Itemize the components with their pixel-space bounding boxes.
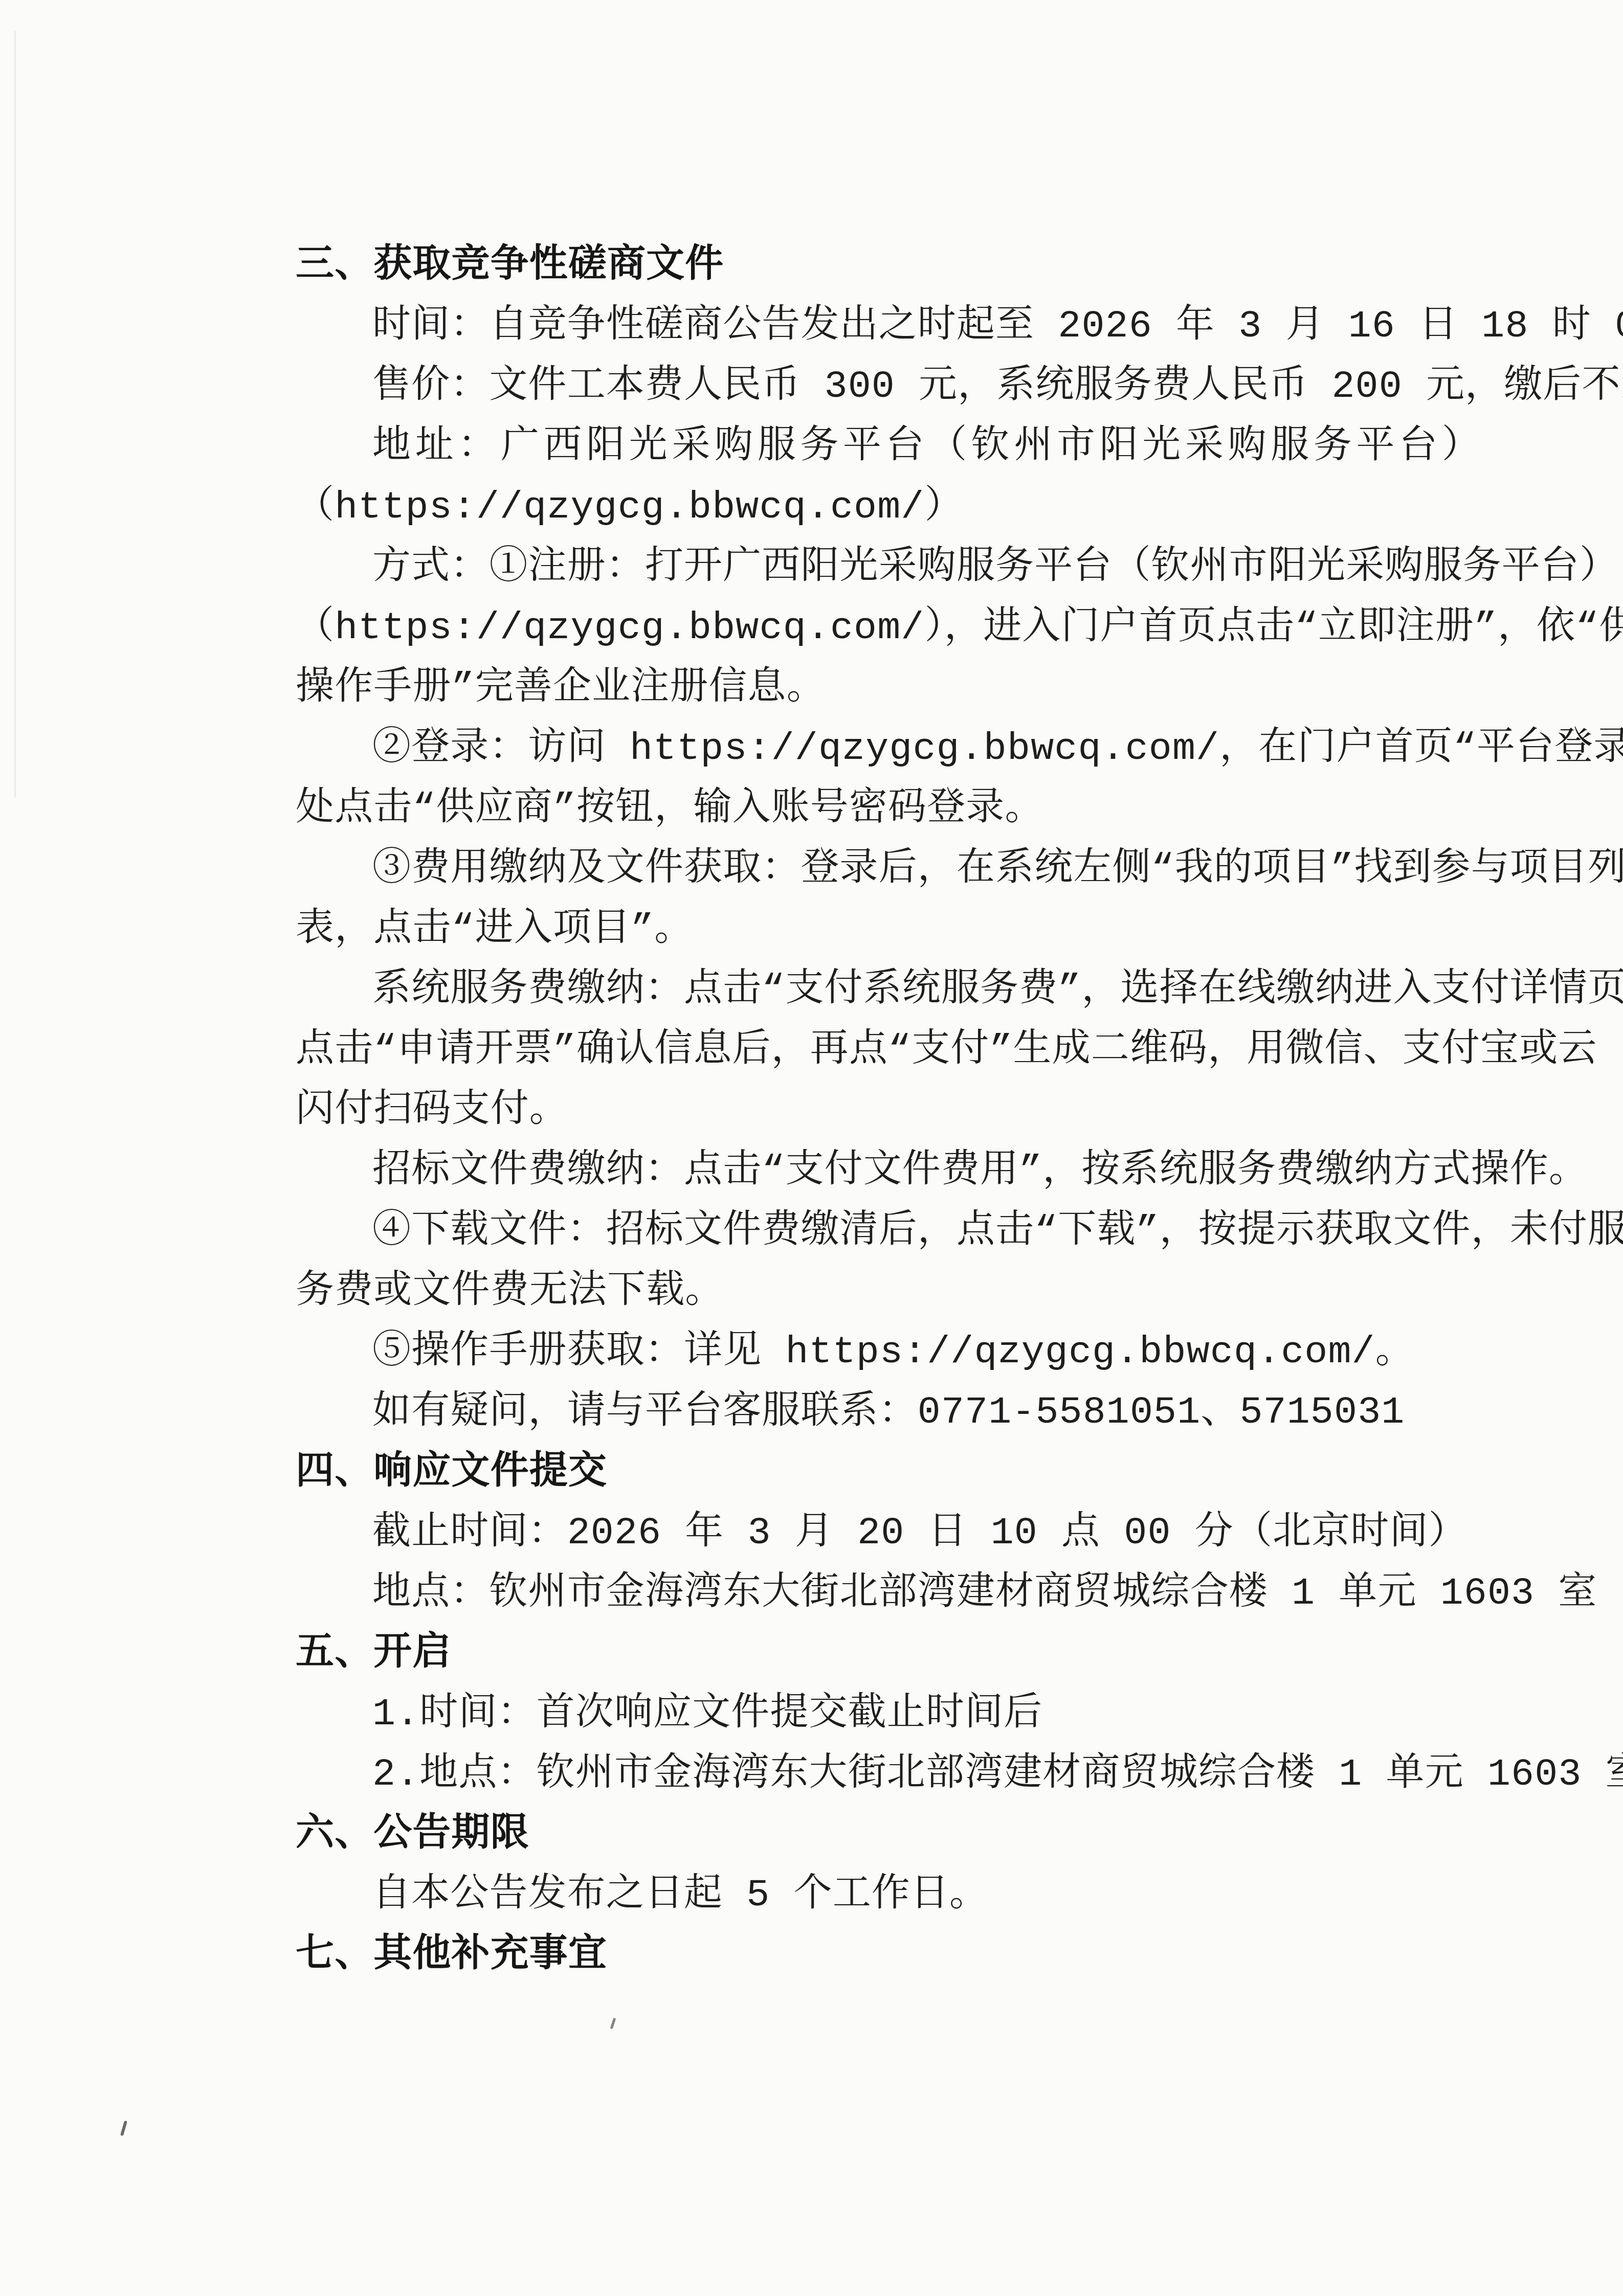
paragraph-line: 闪付扫码支付。: [296, 1081, 1388, 1141]
paragraph-line: 2.地点：钦州市金海湾东大街北部湾建材商贸城综合楼 1 单元 1603 室: [296, 1745, 1388, 1805]
paragraph-line: ③费用缴纳及文件获取：登录后，在系统左侧“我的项目”找到参与项目列: [296, 840, 1388, 900]
scan-edge-artifact: [14, 31, 16, 798]
paragraph-line: 务费或文件费无法下载。: [296, 1262, 1388, 1322]
paragraph-line: （https://qzygcg.bbwcq.com/）: [296, 478, 1388, 538]
section-heading: 三、获取竞争性磋商文件: [296, 236, 1388, 297]
paragraph-line: 系统服务费缴纳：点击“支付系统服务费”，选择在线缴纳进入支付详情页，: [296, 960, 1388, 1021]
paragraph-line: 表，点击“进入项目”。: [296, 900, 1388, 960]
paragraph-line: 地点：钦州市金海湾东大街北部湾建材商贸城综合楼 1 单元 1603 室: [296, 1564, 1388, 1624]
paragraph-line: 方式：①注册：打开广西阳光采购服务平台（钦州市阳光采购服务平台）: [296, 538, 1388, 598]
section-heading: 五、开启: [296, 1624, 1388, 1684]
paragraph-line: 售价：文件工本费人民币 300 元，系统服务费人民币 200 元，缴后不退。: [296, 357, 1388, 417]
paragraph-line: ⑤操作手册获取：详见 https://qzygcg.bbwcq.com/。: [296, 1322, 1388, 1383]
scanned-document-page: 三、获取竞争性磋商文件时间：自竞争性磋商公告发出之时起至 2026 年 3 月 …: [0, 0, 1623, 2296]
scan-speck: [120, 2121, 127, 2136]
document-body: 三、获取竞争性磋商文件时间：自竞争性磋商公告发出之时起至 2026 年 3 月 …: [296, 236, 1388, 1986]
paragraph-line: 处点击“供应商”按钮，输入账号密码登录。: [296, 779, 1388, 840]
section-heading: 四、响应文件提交: [296, 1443, 1388, 1503]
section-heading: 六、公告期限: [296, 1805, 1388, 1865]
paragraph-line: 自本公告发布之日起 5 个工作日。: [296, 1865, 1388, 1926]
paragraph-line: 截止时间：2026 年 3 月 20 日 10 点 00 分（北京时间）: [296, 1503, 1388, 1564]
paragraph-line: 如有疑问，请与平台客服联系：0771-5581051、5715031: [296, 1383, 1388, 1443]
paragraph-line: ②登录：访问 https://qzygcg.bbwcq.com/，在门户首页“平…: [296, 719, 1388, 779]
paragraph-line: （https://qzygcg.bbwcq.com/），进入门户首页点击“立即注…: [296, 598, 1388, 659]
paragraph-line: 操作手册”完善企业注册信息。: [296, 659, 1388, 719]
paragraph-line: 点击“申请开票”确认信息后，再点“支付”生成二维码，用微信、支付宝或云: [296, 1021, 1388, 1081]
paragraph-line: 地址：广西阳光采购服务平台（钦州市阳光采购服务平台）: [296, 417, 1388, 478]
paragraph-line: 招标文件费缴纳：点击“支付文件费用”，按系统服务费缴纳方式操作。: [296, 1141, 1388, 1202]
paragraph-line: 1.时间：首次响应文件提交截止时间后: [296, 1684, 1388, 1745]
paragraph-line: 时间：自竞争性磋商公告发出之时起至 2026 年 3 月 16 日 18 时 0…: [296, 297, 1388, 357]
paragraph-line: ④下载文件：招标文件费缴清后，点击“下载”，按提示获取文件，未付服: [296, 1202, 1388, 1262]
scan-speck: [610, 2018, 616, 2029]
section-heading: 七、其他补充事宜: [296, 1926, 1388, 1986]
